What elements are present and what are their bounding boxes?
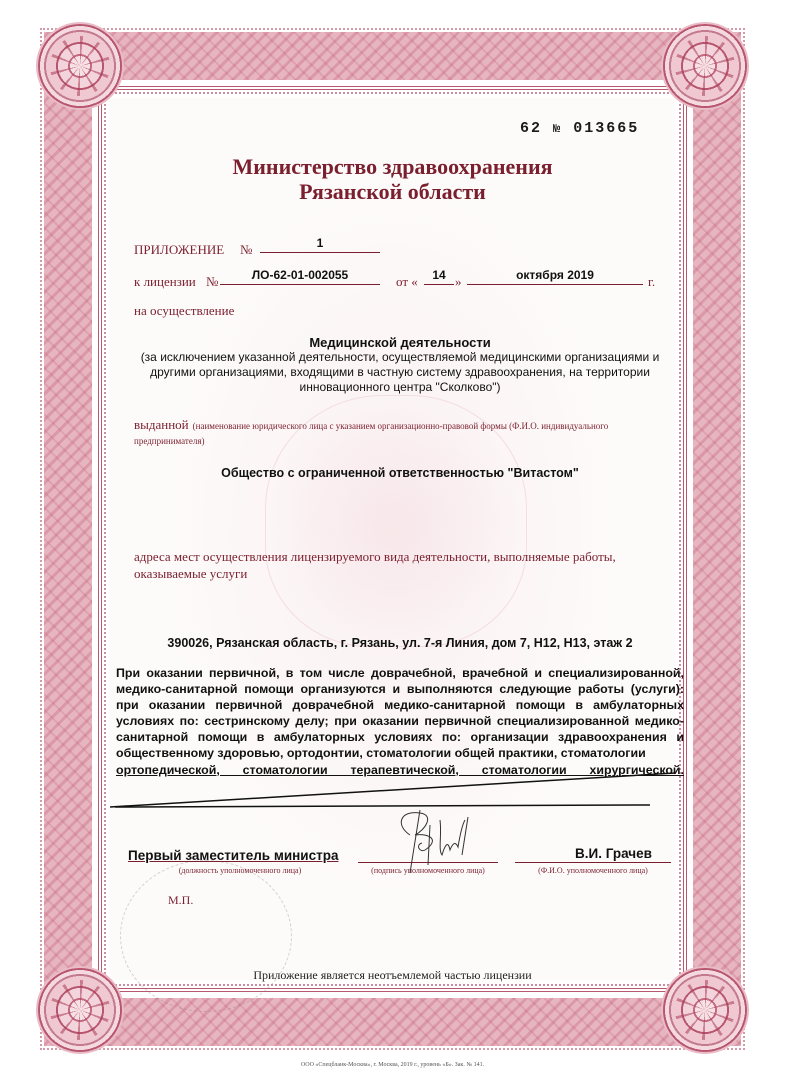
license-label: к лицензии (134, 274, 196, 290)
footer-note: Приложение является неотъемлемой частью … (0, 968, 785, 983)
printer-imprint: ООО «Спецбланк-Москва», г. Москва, 2019 … (0, 1062, 785, 1068)
serial-number: 013665 (573, 120, 639, 137)
services-text: При оказании первичной, в том числе довр… (116, 666, 684, 760)
activity-description: (за исключением указанной деятельности, … (124, 350, 676, 395)
serial-region: 62 (520, 120, 542, 137)
region-title: Рязанской области (0, 179, 785, 204)
name-line (515, 862, 671, 863)
license-number: ЛО-62-01-002055 (220, 268, 380, 285)
serial-number-sign: № (553, 122, 562, 136)
license-month-year: октября 2019 (467, 268, 643, 285)
addresses-label: адреса мест осуществления лицензируемого… (134, 548, 674, 582)
license-number-sign: № (206, 274, 218, 290)
license-day-close: » (455, 274, 462, 290)
corner-rosette-icon (663, 24, 747, 108)
signatory-position: Первый заместитель министра (128, 848, 338, 863)
appendix-label: ПРИЛОЖЕНИЕ (134, 242, 224, 258)
issued-to-block: выданной (наименование юридического лица… (134, 418, 680, 448)
issued-to-label: выданной (134, 417, 189, 432)
appendix-number: 1 (260, 236, 380, 253)
activity-name: Медицинской деятельности (120, 335, 680, 350)
blank-space-z-lines (110, 770, 690, 810)
signature-icon (380, 805, 490, 875)
corner-rosette-icon (38, 24, 122, 108)
company-name: Общество с ограниченной ответственностью… (120, 466, 680, 480)
form-serial-number: 62 № 013665 (520, 120, 639, 137)
ministry-title: Министерство здравоохранения (0, 154, 785, 179)
activity-address: 390026, Рязанская область, г. Рязань, ул… (120, 636, 680, 650)
appendix-number-sign: № (240, 242, 252, 258)
services-paragraph: При оказании первичной, в том числе довр… (116, 665, 684, 778)
stamp-seal-icon (120, 860, 292, 1012)
stamp-label: М.П. (168, 893, 193, 908)
signatory-name-caption: (Ф.И.О. уполномоченного лица) (515, 866, 671, 875)
issued-to-note: (наименование юридического лица с указан… (134, 421, 608, 446)
purpose-label: на осуществление (134, 303, 234, 319)
signatory-name: В.И. Грачев (575, 846, 652, 861)
license-date-from-label: от « (396, 274, 418, 290)
license-appendix-page: 62 № 013665 Министерство здравоохранения… (0, 0, 785, 1080)
license-day: 14 (424, 268, 454, 285)
license-year-suffix: г. (648, 274, 655, 290)
signatory-position-caption: (должность уполномоченного лица) (160, 866, 320, 875)
